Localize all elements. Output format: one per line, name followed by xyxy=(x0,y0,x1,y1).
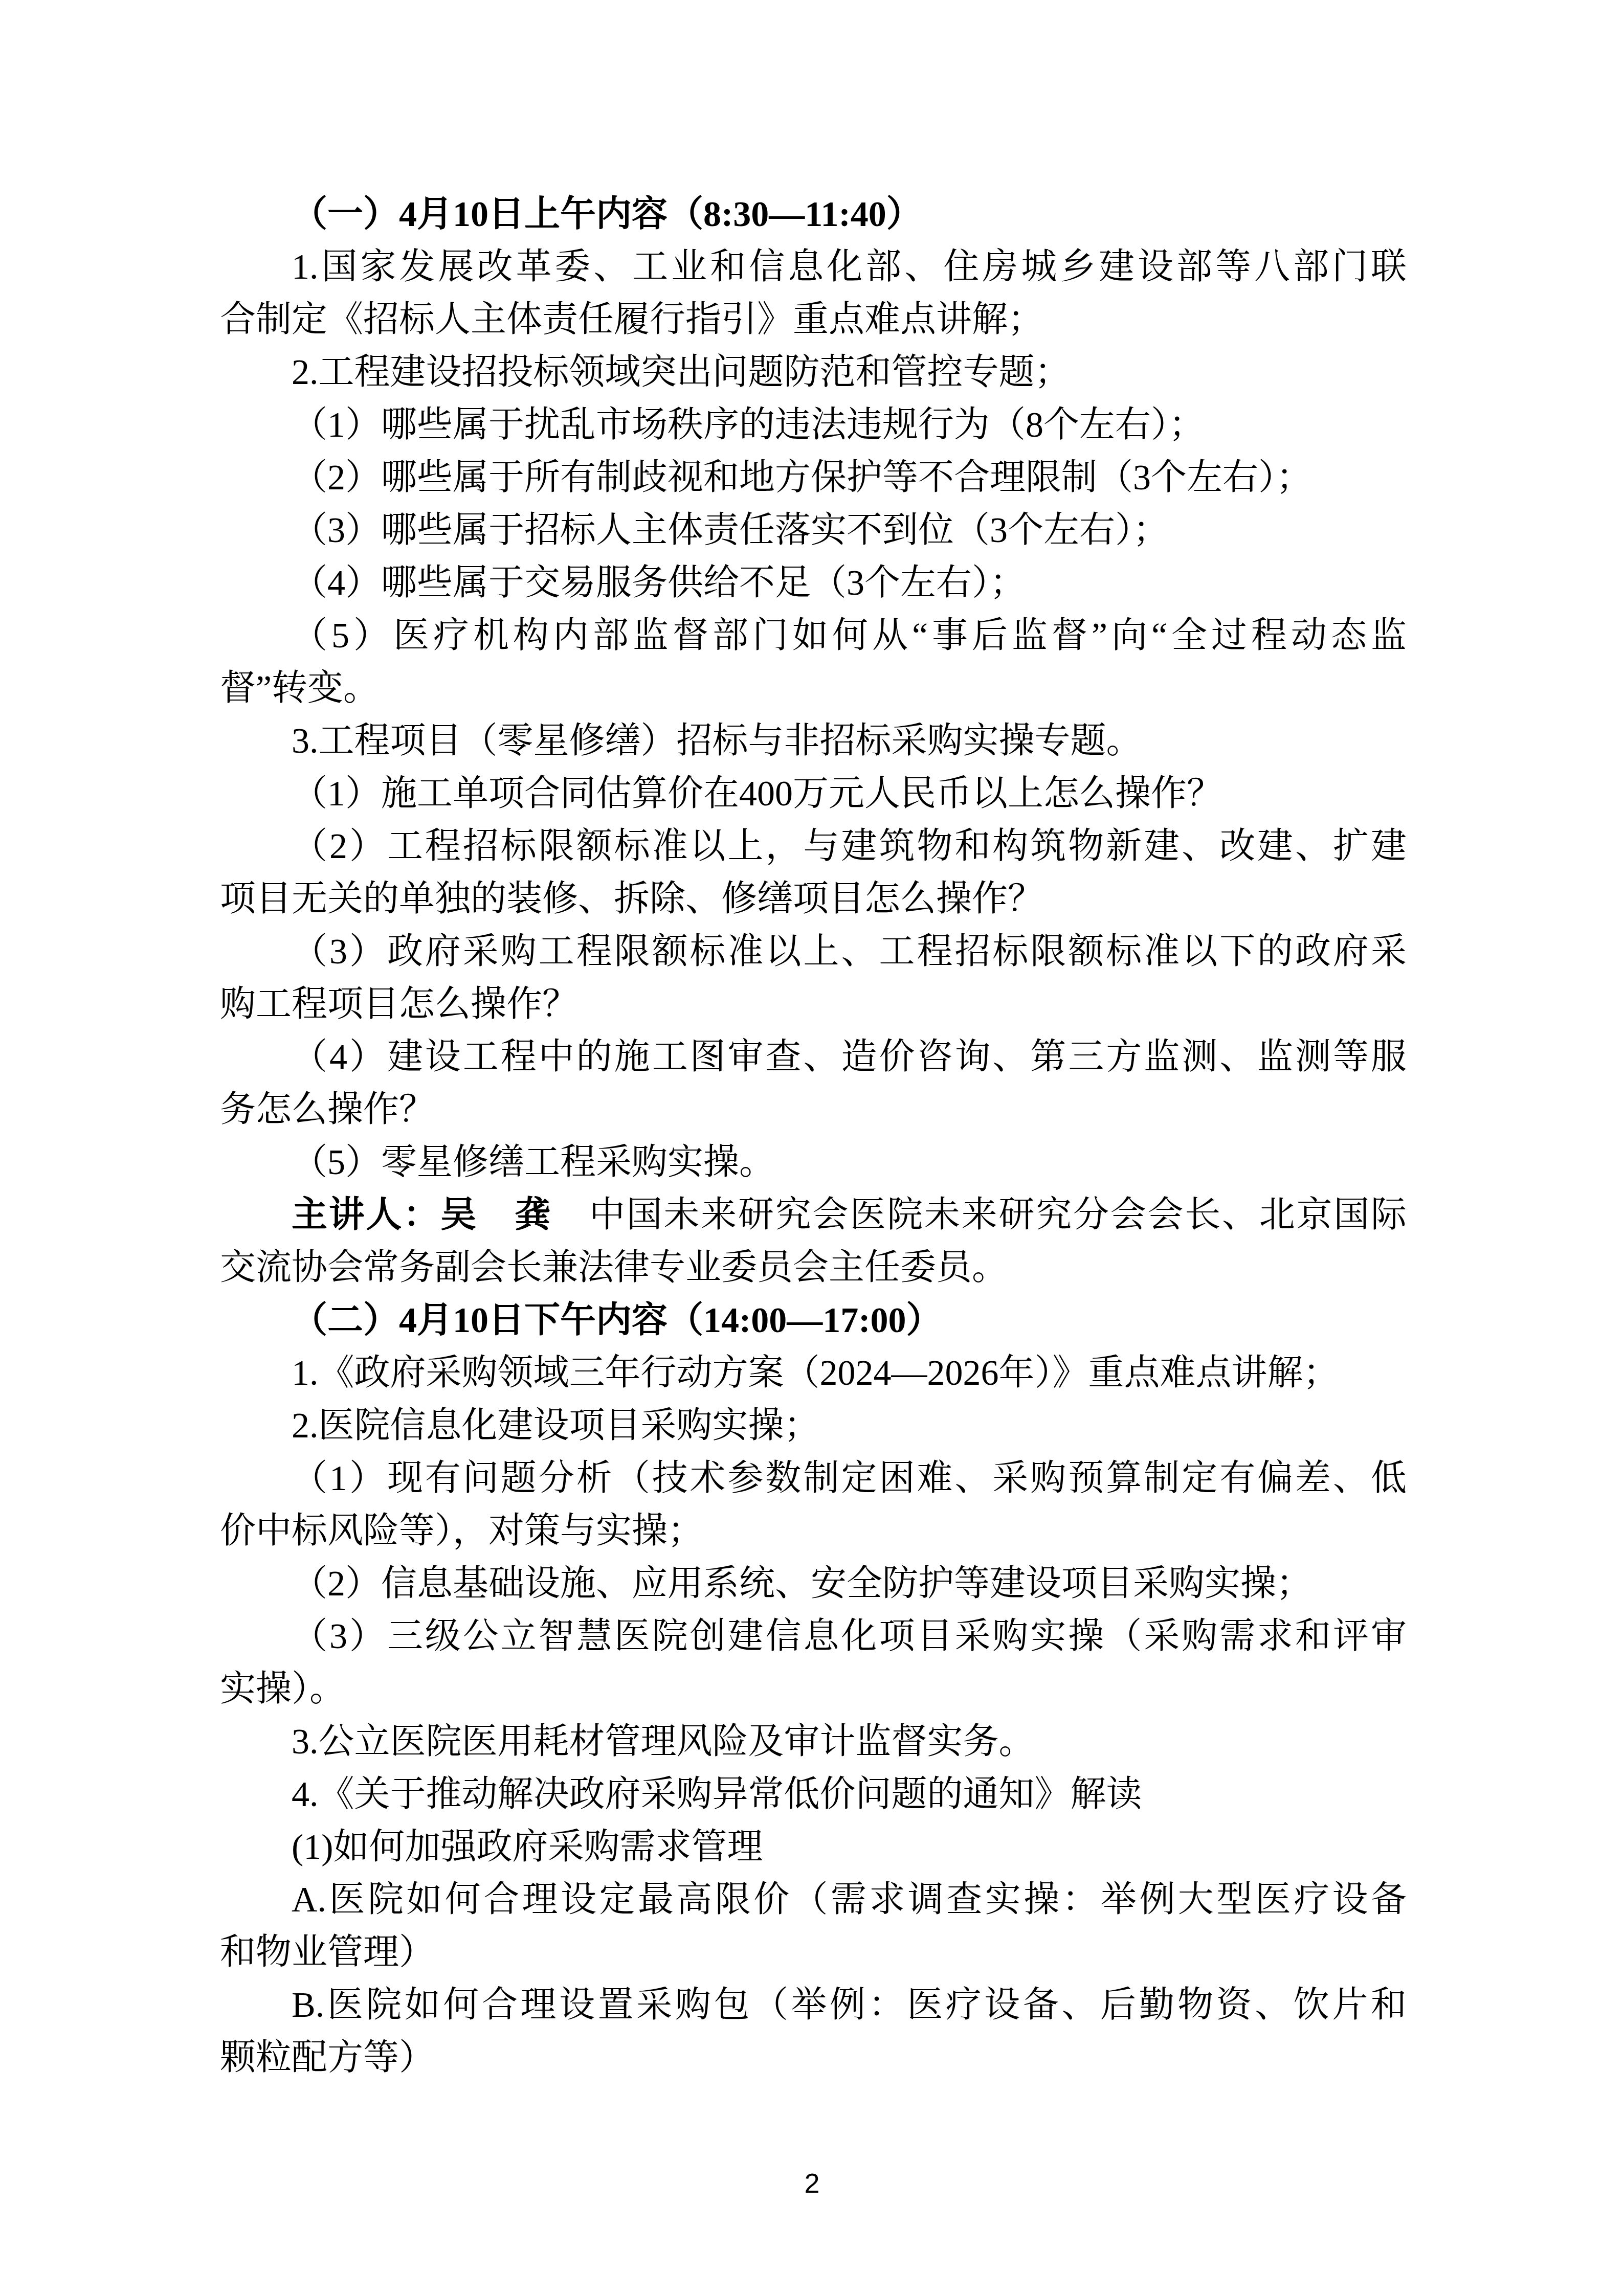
text-segment: 务怎么操作？ xyxy=(220,1090,435,1130)
text-segment: （1）施工单项合同估算价在400万元人民币以上怎么操作？ xyxy=(292,774,1222,814)
text-segment: 中国未来研究会医院未来研究分会会长、北京国际 xyxy=(552,1196,1407,1235)
text-line: 价中标风险等），对策与实操； xyxy=(220,1505,1407,1558)
text-segment: 购工程项目怎么操作？ xyxy=(220,985,578,1024)
text-segment: 颗粒配方等） xyxy=(220,2038,435,2078)
text-line: (1)如何加强政府采购需求管理 xyxy=(220,1821,1407,1874)
text-line: 和物业管理） xyxy=(220,1926,1407,1979)
text-line: 合制定《招标人主体责任履行指引》重点难点讲解； xyxy=(220,294,1407,346)
text-segment: （二）4月10日下午内容（14:00—17:00） xyxy=(292,1301,942,1340)
document-page: （一）4月10日上午内容（8:30—11:40）1.国家发展改革委、工业和信息化… xyxy=(0,0,1624,2296)
text-line: （2）信息基础设施、应用系统、安全防护等建设项目采购实操； xyxy=(220,1558,1407,1610)
text-line: A.医院如何合理设定最高限价（需求调查实操：举例大型医疗设备 xyxy=(220,1874,1407,1926)
text-segment: （5）零星修缮工程采购实操。 xyxy=(292,1143,775,1182)
text-segment: 实操）。 xyxy=(220,1670,345,1709)
text-segment: （3）政府采购工程限额标准以上、工程招标限额标准以下的政府采 xyxy=(292,932,1407,972)
text-line: 实操）。 xyxy=(220,1663,1407,1716)
text-line: 交流协会常务副会长兼法律专业委员会主任委员。 xyxy=(220,1242,1407,1294)
text-segment: （1）现有问题分析（技术参数制定困难、采购预算制定有偏差、低 xyxy=(292,1459,1407,1498)
text-segment: B.医院如何合理设置采购包（举例：医疗设备、后勤物资、饮片和 xyxy=(292,1986,1407,2025)
text-line: （一）4月10日上午内容（8:30—11:40） xyxy=(220,188,1407,241)
text-segment: （4）哪些属于交易服务供给不足（3个左右）； xyxy=(292,564,1026,603)
text-segment: （4）建设工程中的施工图审查、造价咨询、第三方监测、监测等服 xyxy=(292,1038,1407,1077)
text-segment: （2）工程招标限额标准以上，与建筑物和构筑物新建、改建、扩建 xyxy=(292,827,1407,866)
text-segment: 价中标风险等），对策与实操； xyxy=(220,1512,703,1551)
text-segment: A.医院如何合理设定最高限价（需求调查实操：举例大型医疗设备 xyxy=(292,1880,1407,1920)
text-segment: 和物业管理） xyxy=(220,1933,435,1972)
text-segment: 2.医院信息化建设项目采购实操； xyxy=(292,1406,820,1446)
text-segment: 3.公立医院医用耗材管理风险及审计监督实务。 xyxy=(292,1722,1035,1762)
text-line: （2）工程招标限额标准以上，与建筑物和构筑物新建、改建、扩建 xyxy=(220,820,1407,873)
text-segment: 合制定《招标人主体责任履行指引》重点难点讲解； xyxy=(220,300,1043,340)
text-line: （1）现有问题分析（技术参数制定困难、采购预算制定有偏差、低 xyxy=(220,1452,1407,1505)
text-line: （4）建设工程中的施工图审查、造价咨询、第三方监测、监测等服 xyxy=(220,1031,1407,1084)
text-segment: 4.《关于推动解决政府采购异常低价问题的通知》解读 xyxy=(292,1775,1142,1814)
text-line: （1）施工单项合同估算价在400万元人民币以上怎么操作？ xyxy=(220,768,1407,820)
text-line: 4.《关于推动解决政府采购异常低价问题的通知》解读 xyxy=(220,1768,1407,1821)
text-segment: （一）4月10日上午内容（8:30—11:40） xyxy=(292,195,922,234)
text-segment: 督”转变。 xyxy=(220,669,379,708)
text-segment: 2.工程建设招投标领域突出问题防范和管控专题； xyxy=(292,353,1071,392)
text-line: （2）哪些属于所有制歧视和地方保护等不合理限制（3个左右）； xyxy=(220,452,1407,504)
text-line: （5）医疗机构内部监督部门如何从“事后监督”向“全过程动态监 xyxy=(220,610,1407,662)
text-line: （3）政府采购工程限额标准以上、工程招标限额标准以下的政府采 xyxy=(220,926,1407,978)
text-line: （3）三级公立智慧医院创建信息化项目采购实操（采购需求和评审 xyxy=(220,1610,1407,1663)
text-segment: （1）哪些属于扰乱市场秩序的违法违规行为（8个左右）； xyxy=(292,406,1205,445)
text-segment: 1.《政府采购领域三年行动方案（2024—2026年）》重点难点讲解； xyxy=(292,1354,1339,1393)
text-line: B.医院如何合理设置采购包（举例：医疗设备、后勤物资、饮片和 xyxy=(220,1979,1407,2032)
text-line: （3）哪些属于招标人主体责任落实不到位（3个左右）； xyxy=(220,504,1407,557)
text-line: （4）哪些属于交易服务供给不足（3个左右）； xyxy=(220,557,1407,610)
text-line: 颗粒配方等） xyxy=(220,2032,1407,2084)
text-line: 1.《政府采购领域三年行动方案（2024—2026年）》重点难点讲解； xyxy=(220,1347,1407,1400)
text-segment: （2）信息基础设施、应用系统、安全防护等建设项目采购实操； xyxy=(292,1564,1312,1604)
text-segment: 项目无关的单独的装修、拆除、修缮项目怎么操作？ xyxy=(220,880,1043,919)
text-segment: 1.国家发展改革委、工业和信息化部、住房城乡建设部等八部门联 xyxy=(292,247,1407,287)
document-body: （一）4月10日上午内容（8:30—11:40）1.国家发展改革委、工业和信息化… xyxy=(220,188,1407,2084)
text-segment: 交流协会常务副会长兼法律专业委员会主任委员。 xyxy=(220,1248,1008,1288)
page-number: 2 xyxy=(0,2168,1624,2199)
text-segment: （3）哪些属于招标人主体责任落实不到位（3个左右）； xyxy=(292,511,1169,550)
text-segment: (1)如何加强政府采购需求管理 xyxy=(292,1828,763,1867)
text-segment: （5）医疗机构内部监督部门如何从“事后监督”向“全过程动态监 xyxy=(292,616,1407,656)
text-line: 3.公立医院医用耗材管理风险及审计监督实务。 xyxy=(220,1716,1407,1768)
text-line: 督”转变。 xyxy=(220,662,1407,715)
speaker-label-bold: 主讲人：吴 龚 xyxy=(292,1196,552,1235)
text-line: 1.国家发展改革委、工业和信息化部、住房城乡建设部等八部门联 xyxy=(220,241,1407,294)
text-line: （二）4月10日下午内容（14:00—17:00） xyxy=(220,1294,1407,1347)
text-segment: 3.工程项目（零星修缮）招标与非招标采购实操专题。 xyxy=(292,722,1142,761)
text-line: 2.工程建设招投标领域突出问题防范和管控专题； xyxy=(220,346,1407,399)
text-segment: （3）三级公立智慧医院创建信息化项目采购实操（采购需求和评审 xyxy=(292,1617,1407,1656)
text-line: 2.医院信息化建设项目采购实操； xyxy=(220,1400,1407,1452)
text-line: （5）零星修缮工程采购实操。 xyxy=(220,1136,1407,1189)
text-segment: （2）哪些属于所有制歧视和地方保护等不合理限制（3个左右）； xyxy=(292,458,1312,498)
text-line: 购工程项目怎么操作？ xyxy=(220,978,1407,1031)
text-line: （1）哪些属于扰乱市场秩序的违法违规行为（8个左右）； xyxy=(220,399,1407,452)
text-line: 项目无关的单独的装修、拆除、修缮项目怎么操作？ xyxy=(220,873,1407,926)
text-line: 3.工程项目（零星修缮）招标与非招标采购实操专题。 xyxy=(220,715,1407,768)
text-line: 主讲人：吴 龚 中国未来研究会医院未来研究分会会长、北京国际 xyxy=(220,1189,1407,1242)
text-line: 务怎么操作？ xyxy=(220,1084,1407,1136)
